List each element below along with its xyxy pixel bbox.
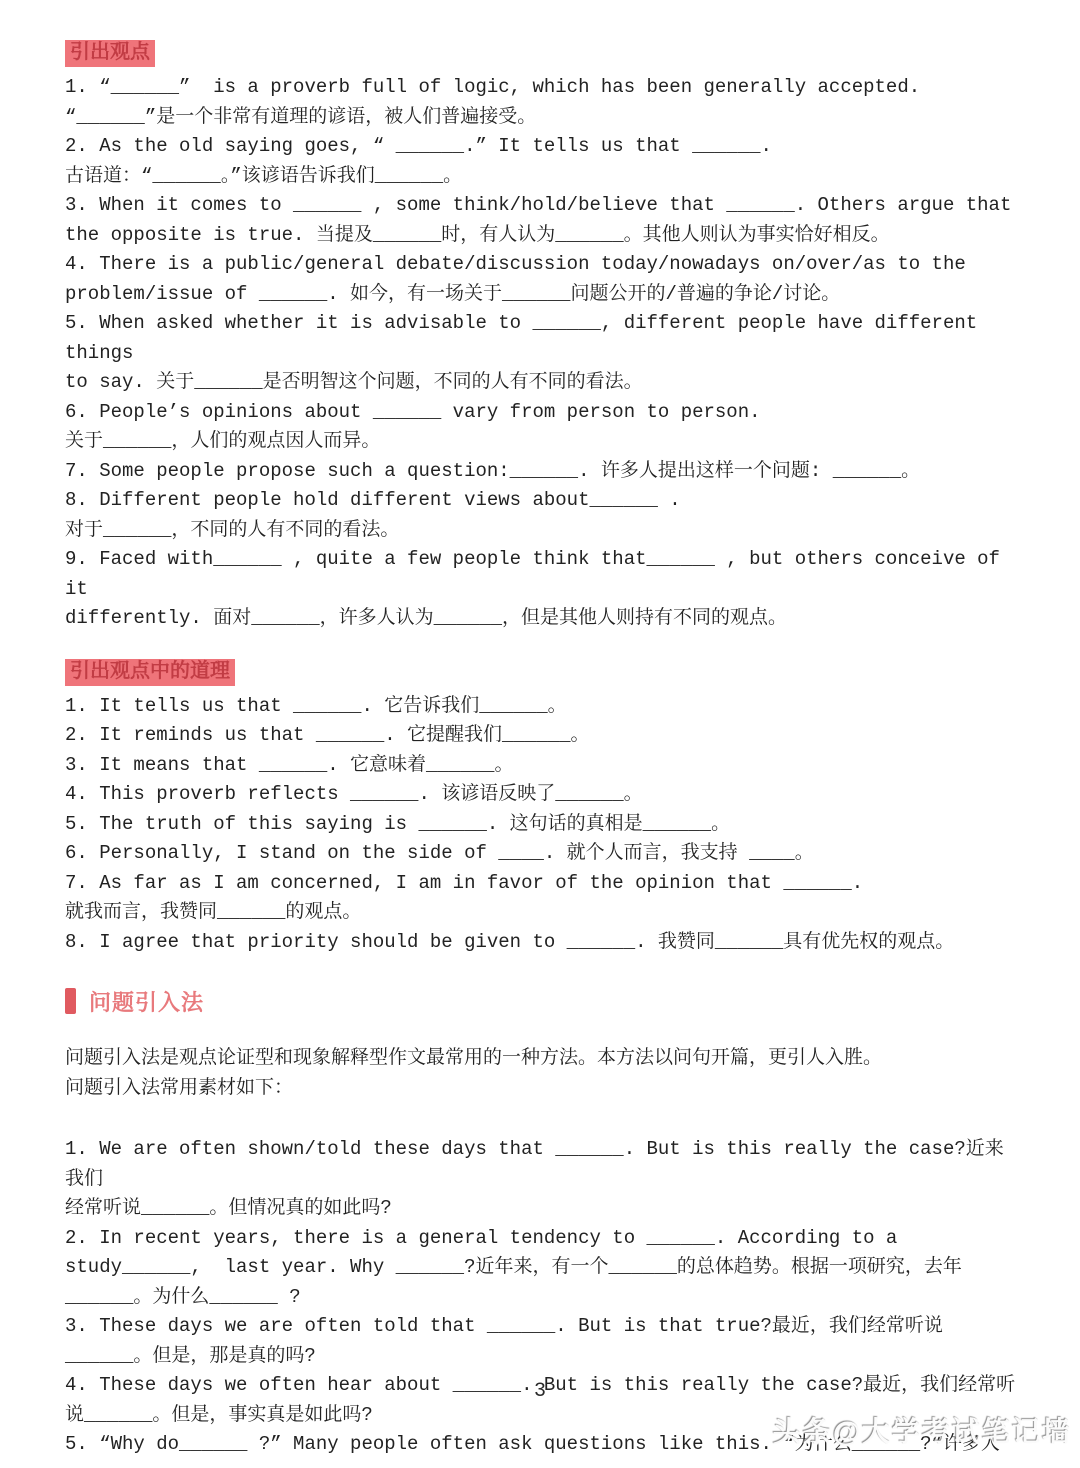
section-header-bar: 问题引入法 bbox=[65, 987, 1017, 1015]
template-line: 古语道：“______。”该谚语告诉我们______。 bbox=[65, 162, 1017, 192]
template-line: 对于______，不同的人有不同的看法。 bbox=[65, 516, 1017, 546]
section-intro: 问题引入法是观点论证型和现象解释型作文最常用的一种方法。本方法以问句开篇，更引人… bbox=[65, 1043, 1017, 1103]
template-line: 关于______，人们的观点因人而异。 bbox=[65, 427, 1017, 457]
template-line: 5. The truth of this saying is ______. 这… bbox=[65, 810, 1017, 840]
template-line: differently. 面对______，许多人认为______，但是其他人则… bbox=[65, 604, 1017, 634]
section-introduce-viewpoint: 引出观点 1. “______” is a proverb full of lo… bbox=[65, 40, 1017, 634]
section-header-highlight: 引出观点 bbox=[65, 40, 155, 67]
template-line: 3. These days we are often told that ___… bbox=[65, 1312, 1017, 1342]
template-line: “______”是一个非常有道理的谚语，被人们普遍接受。 bbox=[65, 103, 1017, 133]
template-line: 7. As far as I am concerned, I am in fav… bbox=[65, 869, 1017, 899]
red-bar-icon bbox=[65, 988, 76, 1014]
template-line: 9. Faced with______ , quite a few people… bbox=[65, 545, 1017, 604]
template-line: problem/issue of ______. 如今，有一场关于______问… bbox=[65, 280, 1017, 310]
document-page: 引出观点 1. “______” is a proverb full of lo… bbox=[65, 40, 1017, 1460]
template-line: 2. In recent years, there is a general t… bbox=[65, 1224, 1017, 1254]
section-title: 问题引入法 bbox=[89, 986, 204, 1017]
template-line: to say. 关于______是否明智这个问题，不同的人有不同的看法。 bbox=[65, 368, 1017, 398]
template-line: 1. “______” is a proverb full of logic, … bbox=[65, 73, 1017, 103]
section-introduce-reasoning: 引出观点中的道理 1. It tells us that ______. 它告诉… bbox=[65, 659, 1017, 958]
template-line: 3. It means that ______. 它意味着______。 bbox=[65, 751, 1017, 781]
template-line: 6. People’s opinions about ______ vary f… bbox=[65, 398, 1017, 428]
template-line: 3. When it comes to ______ , some think/… bbox=[65, 191, 1017, 221]
intro-line: 问题引入法是观点论证型和现象解释型作文最常用的一种方法。本方法以问句开篇，更引人… bbox=[65, 1043, 1017, 1073]
template-line: ______。但是，那是真的吗? bbox=[65, 1342, 1017, 1372]
template-line: the opposite is true. 当提及______时，有人认为___… bbox=[65, 221, 1017, 251]
section-header-highlight: 引出观点中的道理 bbox=[65, 659, 235, 686]
template-line: 8. Different people hold different views… bbox=[65, 486, 1017, 516]
template-line: 6. Personally, I stand on the side of __… bbox=[65, 839, 1017, 869]
template-line: 4. There is a public/general debate/disc… bbox=[65, 250, 1017, 280]
template-line: 1. It tells us that ______. 它告诉我们______。 bbox=[65, 692, 1017, 722]
template-line: 经常听说______。但情况真的如此吗? bbox=[65, 1194, 1017, 1224]
template-line: 7. Some people propose such a question:_… bbox=[65, 457, 1017, 487]
template-line: 就我而言，我赞同______的观点。 bbox=[65, 898, 1017, 928]
watermark: 头条@大学考试笔记墙 bbox=[773, 1410, 1072, 1450]
intro-line: 问题引入法常用素材如下： bbox=[65, 1073, 1017, 1103]
template-line: 2. As the old saying goes, “ ______.” It… bbox=[65, 132, 1017, 162]
template-line: 2. It reminds us that ______. 它提醒我们_____… bbox=[65, 721, 1017, 751]
page-number: 3 bbox=[0, 1380, 1080, 1403]
template-line: study______, last year. Why ______?近年来，有… bbox=[65, 1253, 1017, 1283]
template-line: 4. This proverb reflects ______. 该谚语反映了_… bbox=[65, 780, 1017, 810]
template-line: 5. When asked whether it is advisable to… bbox=[65, 309, 1017, 368]
template-line: ______。为什么______ ? bbox=[65, 1283, 1017, 1313]
template-line: 8. I agree that priority should be given… bbox=[65, 928, 1017, 958]
template-line: 1. We are often shown/told these days th… bbox=[65, 1135, 1017, 1194]
